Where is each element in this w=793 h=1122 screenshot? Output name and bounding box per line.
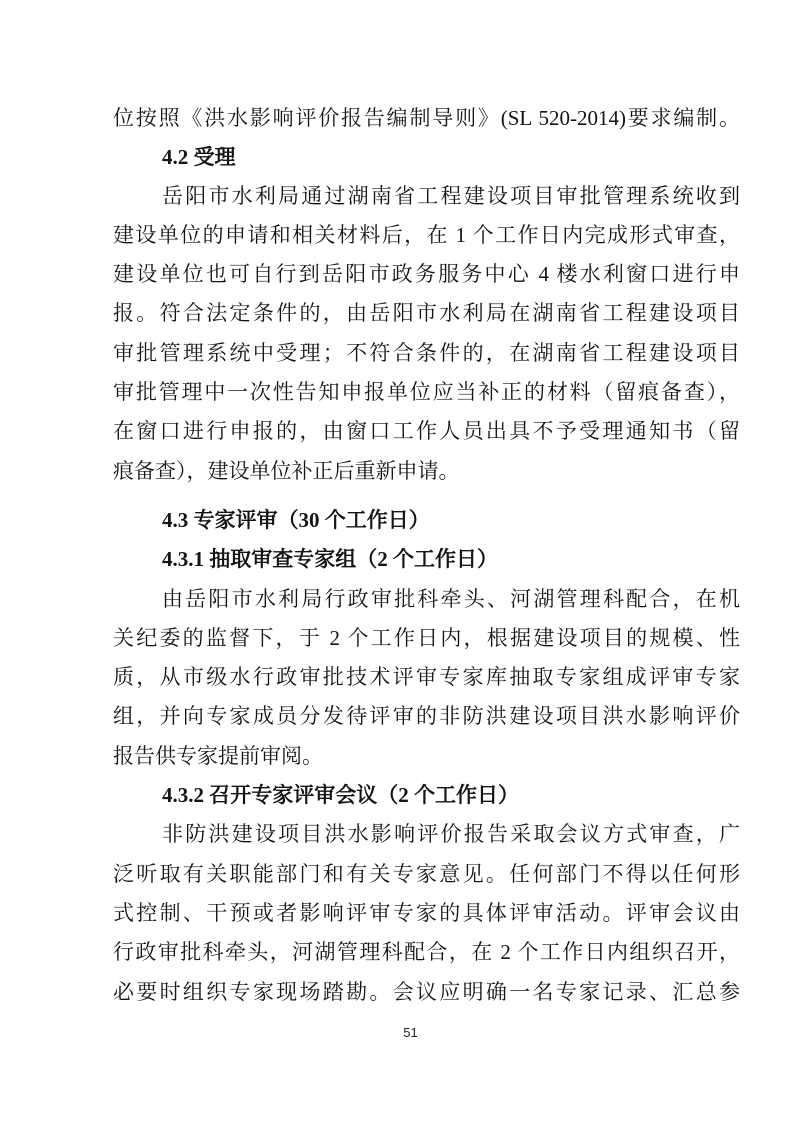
heading-4-3: 4.3 专家评审（30 个工作日）: [113, 506, 740, 536]
heading-4-3-1: 4.3.1 抽取审查专家组（2 个工作日）: [113, 545, 740, 575]
body-line: 质，从市级水行政审批技术评审专家库抽取专家组成评审专家: [113, 663, 740, 693]
body-line: 建设单位的申请和相关材料后，在 1 个工作日内完成形式审查，: [113, 221, 740, 251]
document-page: { "page": { "background": "#ffffff", "te…: [0, 0, 793, 1122]
body-line: 行政审批科牵头，河湖管理科配合，在 2 个工作日内组织召开，: [113, 938, 740, 968]
page-number: 51: [28, 1025, 793, 1040]
body-line: 非防洪建设项目洪水影响评价报告采取会议方式审查，广: [113, 820, 740, 850]
body-line: 审批管理中一次性告知申报单位应当补正的材料（留痕备查），: [113, 378, 740, 408]
heading-4-2: 4.2 受理: [113, 143, 740, 173]
body-line: 报告供专家提前审阅。: [113, 742, 740, 772]
body-line: 在窗口进行申报的，由窗口工作人员出具不予受理通知书（留: [113, 417, 740, 447]
body-line: 泛听取有关职能部门和有关专家意见。任何部门不得以任何形: [113, 860, 740, 890]
body-line: 式控制、干预或者影响评审专家的具体评审活动。评审会议由: [113, 899, 740, 929]
body-line: 审批管理系统中受理；不符合条件的，在湖南省工程建设项目: [113, 339, 740, 369]
body-line: 报。符合法定条件的，由岳阳市水利局在湖南省工程建设项目: [113, 299, 740, 329]
body-line: 关纪委的监督下，于 2 个工作日内，根据建设项目的规模、性: [113, 624, 740, 654]
body-line: 由岳阳市水利局行政审批科牵头、河湖管理科配合，在机: [113, 585, 740, 615]
body-line: 建设单位也可自行到岳阳市政务服务中心 4 楼水利窗口进行申: [113, 260, 740, 290]
body-line: 位按照《洪水影响评价报告编制导则》(SL 520-2014)要求编制。: [113, 104, 740, 134]
heading-4-3-2: 4.3.2 召开专家评审会议（2 个工作日）: [113, 781, 740, 811]
body-line: 岳阳市水利局通过湖南省工程建设项目审批管理系统收到: [113, 182, 740, 212]
body-line: 组，并向专家成员分发待评审的非防洪建设项目洪水影响评价: [113, 702, 740, 732]
body-line: 痕备查），建设单位补正后重新申请。: [113, 457, 740, 487]
body-line: 必要时组织专家现场踏勘。会议应明确一名专家记录、汇总参: [113, 978, 740, 1008]
